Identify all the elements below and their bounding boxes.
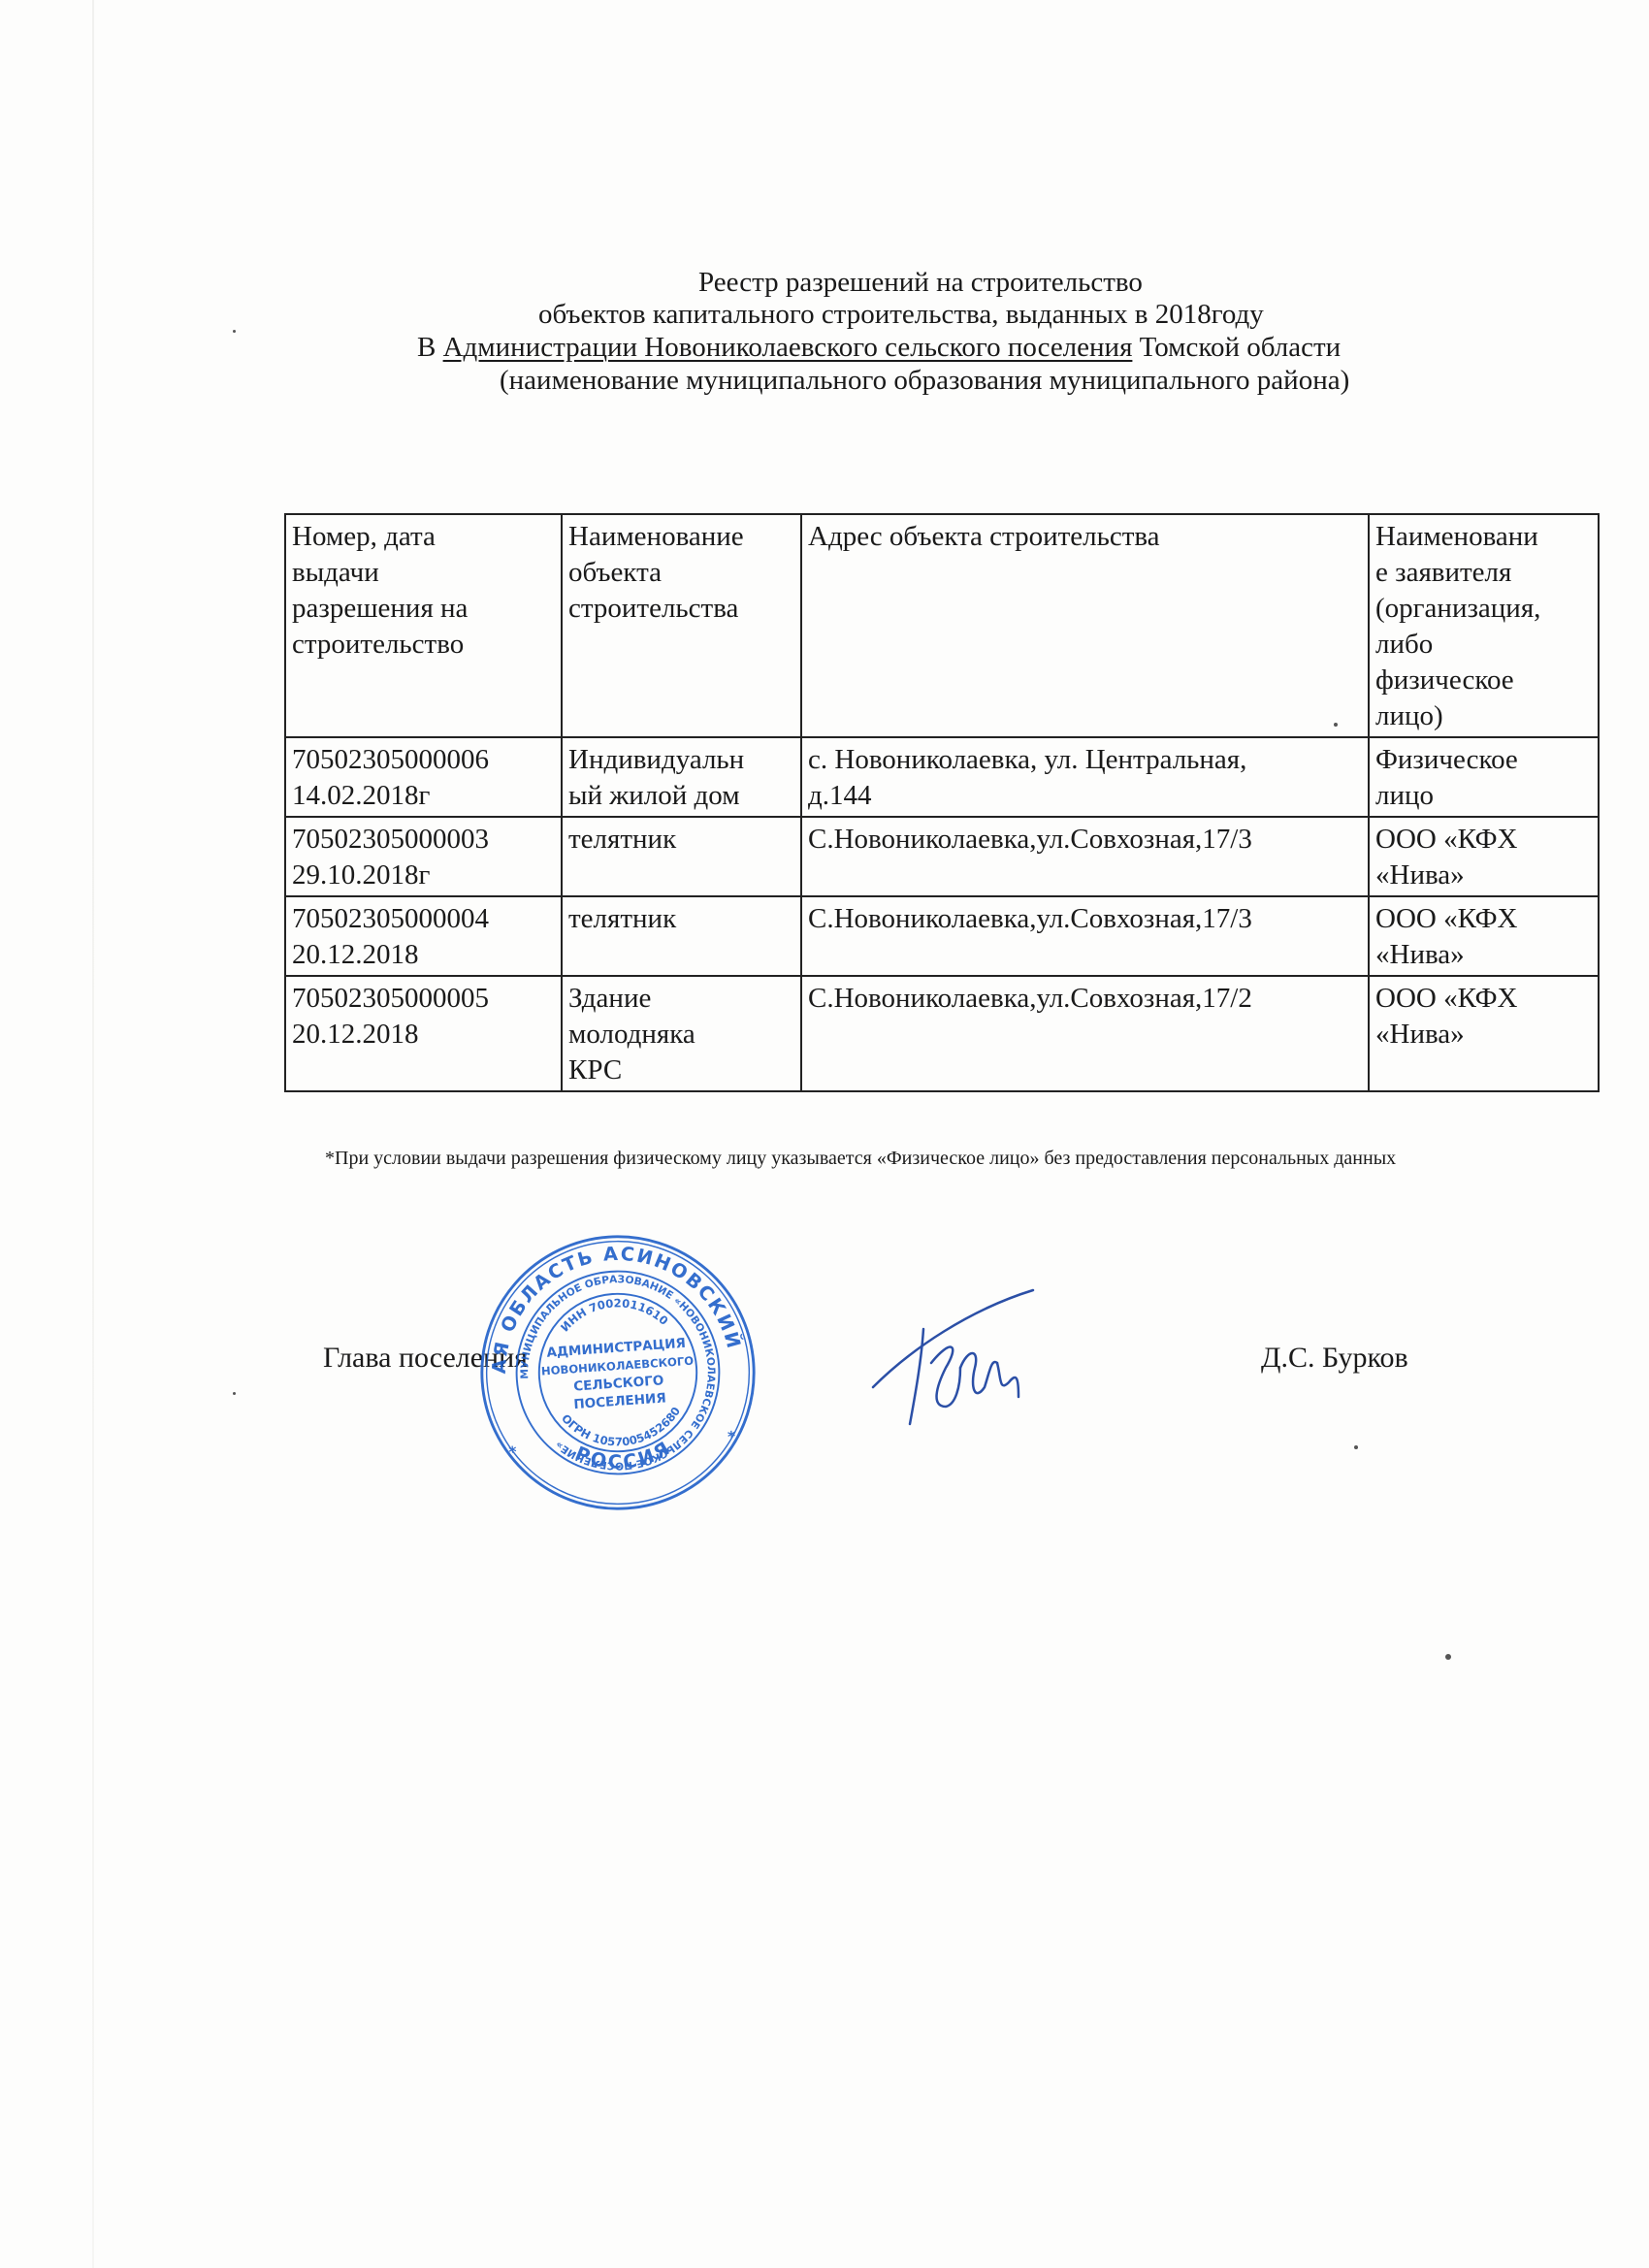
cell-address: С.Новониколаевка,ул.Совхозная,17/3: [801, 896, 1369, 976]
cell-applicant: ООО «КФХ«Нива»: [1369, 896, 1599, 976]
table-row: 7050230500000329.10.2018г телятник С.Нов…: [285, 817, 1599, 896]
cell-permit: 7050230500000329.10.2018г: [285, 817, 562, 896]
cell-object: телятник: [562, 896, 801, 976]
cell-text-line: С.Новониколаевка,ул.Совхозная,17/3: [808, 822, 1362, 858]
header-permit-number-date: Номер, датавыдачиразрешения настроительс…: [285, 514, 562, 737]
cell-object: Индивидуальный жилой дом: [562, 737, 801, 817]
cell-text-line: либо: [1375, 627, 1592, 663]
signatory-name: Д.С. Бурков: [1261, 1344, 1408, 1373]
issuer-suffix: Томской области: [1132, 332, 1341, 363]
issuer-caption: (наименование муниципального образования…: [500, 367, 1349, 395]
official-stamp-icon: ТОМСКАЯ ОБЛАСТЬ АСИНОВСКИЙ РАЙОН РОССИЯ …: [468, 1222, 768, 1523]
cell-text-line: С.Новониколаевка,ул.Совхозная,17/2: [808, 981, 1362, 1017]
cell-text-line: строительство: [292, 627, 555, 663]
issuer-organization: Администрации Новониколаевского сельског…: [443, 332, 1133, 363]
permit-number: 70502305000006: [292, 742, 555, 778]
cell-text-line: ый жилой дом: [568, 778, 794, 814]
cell-text-line: ООО «КФХ: [1375, 822, 1592, 858]
cell-text-line: «Нива»: [1375, 858, 1592, 893]
cell-text-line: объекта: [568, 555, 794, 591]
cell-text-line: ООО «КФХ: [1375, 901, 1592, 937]
cell-text-line: лицо: [1375, 778, 1592, 814]
table-header-row: Номер, датавыдачиразрешения настроительс…: [285, 514, 1599, 737]
permits-table: Номер, датавыдачиразрешения настроительс…: [284, 513, 1600, 1092]
issuer-prefix: В: [417, 332, 443, 363]
cell-object: телятник: [562, 817, 801, 896]
permit-date: 14.02.2018г: [292, 778, 555, 814]
permit-number: 70502305000004: [292, 901, 555, 937]
cell-text-line: ООО «КФХ: [1375, 981, 1592, 1017]
svg-text:*: *: [727, 1428, 736, 1446]
footnote: *При условии выдачи разрешения физическо…: [325, 1149, 1396, 1168]
cell-text-line: телятник: [568, 901, 794, 937]
cell-text-line: (организация,: [1375, 591, 1592, 627]
permit-date: 20.12.2018: [292, 937, 555, 973]
cell-text-line: «Нива»: [1375, 937, 1592, 973]
cell-address: с. Новониколаевка, ул. Центральная,д.144: [801, 737, 1369, 817]
permit-date: 29.10.2018г: [292, 858, 555, 893]
cell-applicant: ООО «КФХ«Нива»: [1369, 976, 1599, 1091]
cell-text-line: Номер, дата: [292, 519, 555, 555]
cell-text-line: физическое: [1375, 663, 1592, 698]
svg-text:ПОСЕЛЕНИЯ: ПОСЕЛЕНИЯ: [573, 1390, 666, 1412]
cell-permit: 7050230500000614.02.2018г: [285, 737, 562, 817]
cell-text-line: Адрес объекта строительства: [808, 519, 1362, 555]
title-line-2: объектов капитального строительства, выд…: [538, 301, 1264, 329]
cell-text-line: молодняка: [568, 1017, 794, 1053]
cell-text-line: лицо): [1375, 698, 1592, 734]
cell-text-line: С.Новониколаевка,ул.Совхозная,17/3: [808, 901, 1362, 937]
scan-speck: [1354, 1445, 1358, 1449]
cell-object: ЗданиемолоднякаКРС: [562, 976, 801, 1091]
table-row: 7050230500000420.12.2018 телятник С.Ново…: [285, 896, 1599, 976]
cell-address: С.Новониколаевка,ул.Совхозная,17/2: [801, 976, 1369, 1091]
cell-permit: 7050230500000520.12.2018: [285, 976, 562, 1091]
cell-text-line: Наименовани: [1375, 519, 1592, 555]
cell-text-line: Индивидуальн: [568, 742, 794, 778]
scan-speck: [233, 1392, 236, 1395]
table-row: 7050230500000614.02.2018г Индивидуальный…: [285, 737, 1599, 817]
cell-text-line: выдачи: [292, 555, 555, 591]
cell-permit: 7050230500000420.12.2018: [285, 896, 562, 976]
cell-text-line: д.144: [808, 778, 1362, 814]
scan-speck: [1445, 1654, 1451, 1660]
header-applicant: Наименование заявителя(организация,либоф…: [1369, 514, 1599, 737]
permit-date: 20.12.2018: [292, 1017, 555, 1053]
cell-text-line: Здание: [568, 981, 794, 1017]
title-line-1: Реестр разрешений на строительство: [698, 269, 1143, 297]
cell-text-line: Наименование: [568, 519, 794, 555]
cell-text-line: разрешения на: [292, 591, 555, 627]
scan-speck: [1334, 723, 1338, 727]
cell-text-line: с. Новониколаевка, ул. Центральная,: [808, 742, 1362, 778]
permit-number: 70502305000003: [292, 822, 555, 858]
header-object-address: Адрес объекта строительства: [801, 514, 1369, 737]
scan-speck: [233, 330, 236, 333]
cell-text-line: «Нива»: [1375, 1017, 1592, 1053]
cell-text-line: КРС: [568, 1053, 794, 1088]
header-object-name: Наименованиеобъектастроительства: [562, 514, 801, 737]
handwritten-signature-icon: [863, 1271, 1048, 1436]
scan-page-edge: [92, 0, 94, 2268]
permit-number: 70502305000005: [292, 981, 555, 1017]
cell-address: С.Новониколаевка,ул.Совхозная,17/3: [801, 817, 1369, 896]
cell-applicant: Физическоелицо: [1369, 737, 1599, 817]
table-row: 7050230500000520.12.2018 Зданиемолодняка…: [285, 976, 1599, 1091]
cell-text-line: строительства: [568, 591, 794, 627]
cell-text-line: Физическое: [1375, 742, 1592, 778]
svg-text:ИНН 7002011610: ИНН 7002011610: [556, 1292, 671, 1335]
cell-applicant: ООО «КФХ«Нива»: [1369, 817, 1599, 896]
issuer-line: В Администрации Новониколаевского сельск…: [417, 334, 1341, 362]
cell-text-line: телятник: [568, 822, 794, 858]
cell-text-line: е заявителя: [1375, 555, 1592, 591]
svg-text:*: *: [508, 1443, 517, 1462]
